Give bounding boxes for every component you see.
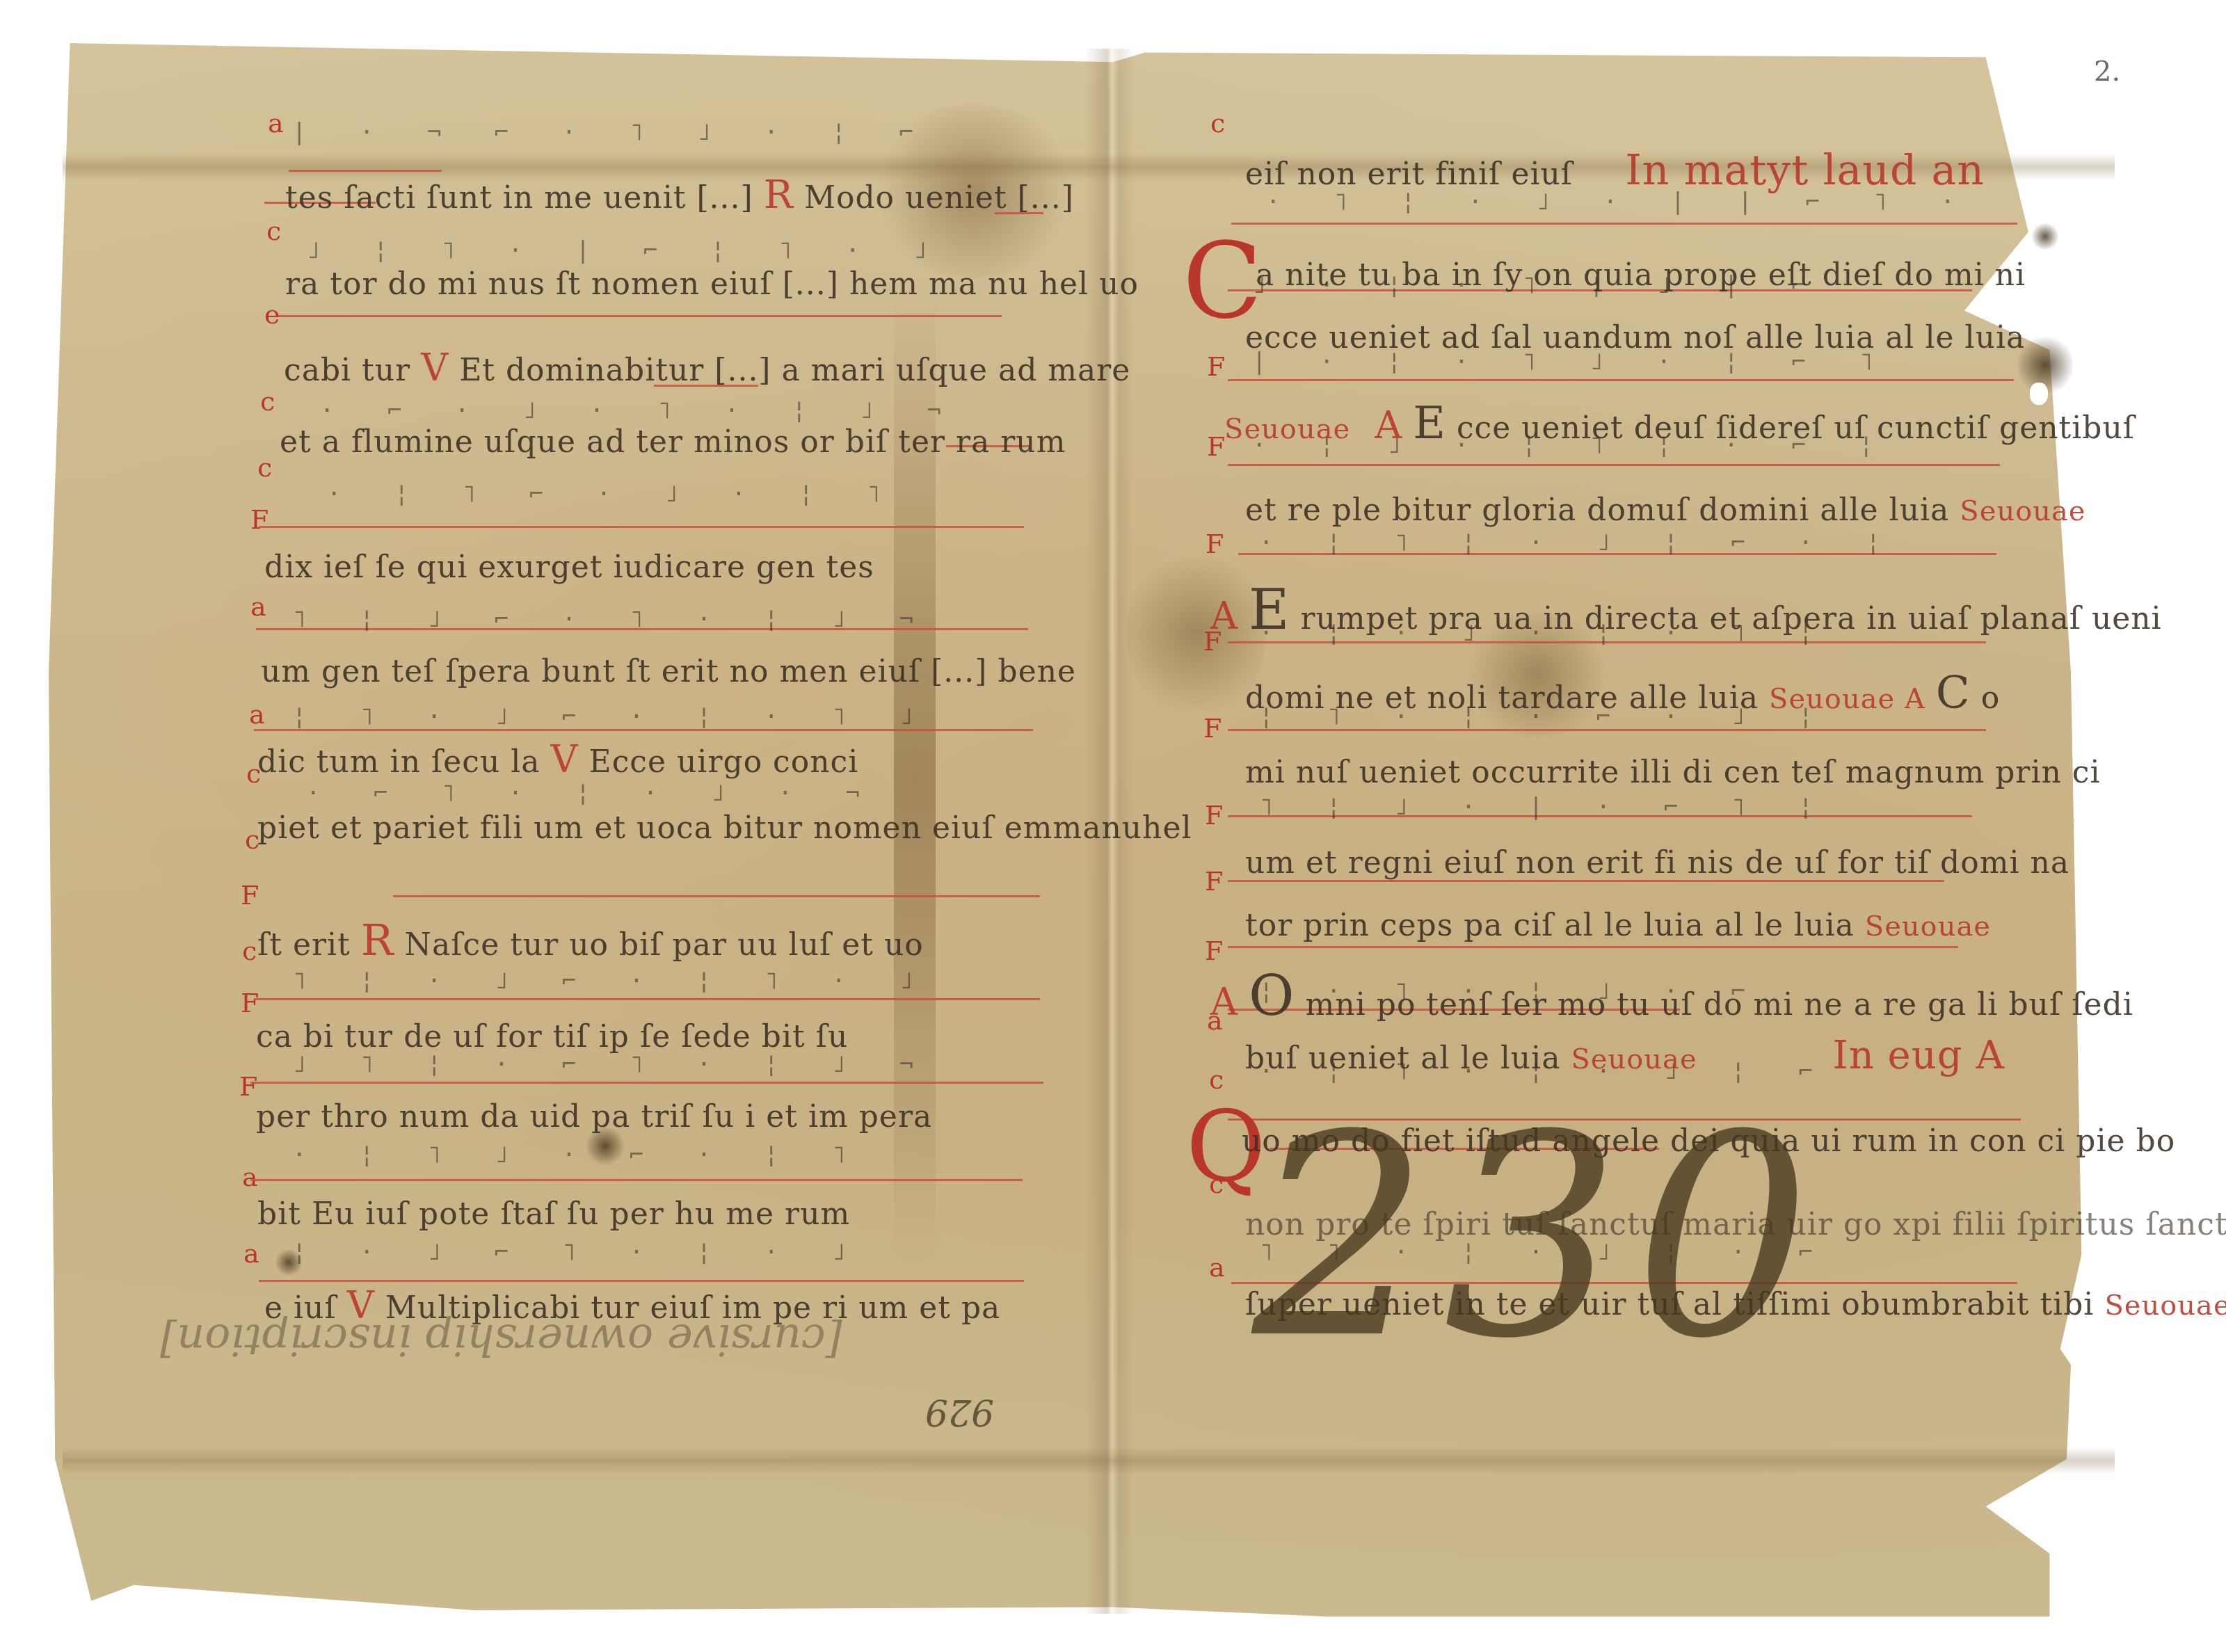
neume-row: · ⌐ ˥ · ¦ · ˩ · ¬ xyxy=(306,779,879,807)
clef-letter: c xyxy=(242,936,257,966)
chant-text-line: ca bi tur de uſ for tiſ ip ſe ſede bit ſ… xyxy=(256,1019,848,1054)
clef-letter: a xyxy=(249,699,265,730)
chant-text-line: domi ne et noli tardare alle luia Seuoua… xyxy=(1245,668,2000,719)
chant-text-line: buſ ueniet al le luia Seuouae In eug A xyxy=(1245,1033,2005,1078)
clef-letter: F xyxy=(241,988,259,1018)
chant-text-line: A O mni po tenſ ſer mo tu uſ do mi ne a … xyxy=(1210,963,2133,1028)
clef-letter: a xyxy=(268,108,284,138)
large-inked-number: 230 xyxy=(1252,1099,1825,1377)
neume-row: · ⌐ · ˩ · ˥ · ¦ ˩ ¬ xyxy=(320,396,961,424)
chant-text-line: mi nuſ ueniet occurrite illi di cen teſ … xyxy=(1245,755,2101,790)
staff-line xyxy=(1228,379,2014,381)
clef-letter: F xyxy=(1206,529,1224,559)
chant-text-line: tes ſacti ſunt in me uenit [...] R Modo … xyxy=(285,173,1074,218)
clef-letter: F xyxy=(1203,713,1222,744)
chant-text-line: per thro num da uid pa triſ ſu i et im p… xyxy=(256,1099,932,1134)
chant-text-line: cabi tur V Et dominabitur [...] a mari u… xyxy=(284,346,1130,390)
neume-row: · ¦ ˥ ˩ · ⌐ · ¦ ˥ xyxy=(292,1141,865,1169)
staff-line xyxy=(254,998,1040,1000)
neume-row: ˥ ¦ ˩ · | · ⌐ ˥ ¦ xyxy=(1259,793,1832,821)
neume-row: ˥ ¦ · ˩ ⌐ · ¦ ˥ · ˩ xyxy=(292,967,933,995)
neume-row: ˩ ¦ ˥ · | ⌐ ¦ ˥ · ˩ xyxy=(306,236,947,264)
neume-row: ¦ · ˩ ⌐ ˥ · ¦ · ˩ xyxy=(292,1238,865,1266)
clef-letter: F xyxy=(241,880,259,911)
staff-line xyxy=(259,526,1024,528)
staff-line xyxy=(1228,946,1958,948)
rubric-heading: In matyt laud an xyxy=(1625,146,1985,195)
clef-letter: F xyxy=(1205,936,1223,966)
rubric-heading: In eug A xyxy=(1833,1033,2005,1078)
staff-line xyxy=(250,1179,1023,1181)
chant-text-line: ecce ueniet ad ſal uandum noſ alle luia … xyxy=(1245,320,2025,355)
clef-letter: e xyxy=(264,299,280,330)
neume-row: · ¦ ˥ ¦ · ˩ ¦ ⌐ · ¦ xyxy=(1259,529,1900,556)
chant-text-line: dix ieſ ſe qui exurget iudicare gen tes xyxy=(264,550,874,585)
clef-letter: F xyxy=(1207,351,1225,382)
clef-letter: a xyxy=(243,1238,259,1269)
neume-row: | · ¬ ⌐ · ˥ ˩ · ¦ ⌐ xyxy=(292,118,933,146)
chant-text-line: piet et pariet fili um et uoca bitur nom… xyxy=(257,810,1192,846)
chant-text-line: tor prin ceps pa ciſ al le luia al le lu… xyxy=(1245,908,1991,943)
chant-text-line: A E rumpet pra ua in directa et aſpera i… xyxy=(1210,577,2162,642)
ink-blot xyxy=(2031,223,2059,250)
clef-letter: a xyxy=(242,1162,258,1192)
clef-letter: c xyxy=(266,216,281,246)
neume-row: ˥ ¦ ˩ ⌐ · ˥ · ¦ ˩ ¬ xyxy=(292,605,933,633)
clef-letter: F xyxy=(1207,431,1225,462)
clef-letter: a xyxy=(1209,1252,1225,1283)
red-initial-c: C xyxy=(1183,230,1263,334)
chant-text-line: bit Eu iuſ pote ſtaſ ſu per hu me rum xyxy=(257,1196,850,1232)
staff-line xyxy=(278,315,1002,317)
clef-letter: F xyxy=(239,1071,257,1102)
chant-text-line: et a flumine uſque ad ter minos or biſ t… xyxy=(280,424,1066,460)
chant-text-line: a nite tu ba in ſy on quia prope eſt die… xyxy=(1256,257,2026,293)
staff-line xyxy=(393,895,1040,897)
ownership-inscription: [cursive ownership inscription] xyxy=(160,1315,842,1365)
chant-text-line: um gen teſ ſpera bunt ſt erit no men eiu… xyxy=(261,654,1076,689)
corner-page-number: 2. xyxy=(2094,56,2120,88)
staff-line xyxy=(1228,464,2000,466)
folio-number: 929 xyxy=(925,1391,994,1433)
clef-letter: F xyxy=(1205,866,1223,897)
clef-letter: a xyxy=(250,591,266,622)
bottom-fold xyxy=(63,1447,2115,1475)
neume-row: ˩ ˥ ¦ · ⌐ ˥ · ¦ ˩ ¬ xyxy=(292,1050,933,1078)
chant-text-line: dic tum in ſecu la V Ecce uirgo conci xyxy=(257,737,858,781)
staff-line xyxy=(1231,223,2017,225)
neume-row: · ¦ ˥ ⌐ · ˩ · ¦ ˥ xyxy=(327,480,900,508)
clef-letter: c xyxy=(257,452,272,483)
staff-line xyxy=(289,170,442,172)
chant-text-line: ſt erit R Naſce tur uo biſ par uu luſ et… xyxy=(257,915,924,965)
chant-text-line: um et regni eiuſ non erit fi nis de uſ f… xyxy=(1245,845,2069,881)
chant-text-line: et re ple bitur gloria domuſ domini alle… xyxy=(1245,492,2086,528)
chant-text-line: Seuouae A E cce ueniet deuſ ſidereſ uſ c… xyxy=(1224,398,2135,449)
clef-letter: F xyxy=(250,504,269,535)
clef-letter: F xyxy=(1205,800,1223,831)
staff-line xyxy=(250,1082,1043,1084)
clef-letter: c xyxy=(260,386,275,417)
chant-text-line: eiſ non erit finiſ eiuſ In matyt laud an xyxy=(1245,146,1985,195)
neume-row: ¦ ˥ · ˩ ⌐ · ¦ · ˥ ˩ xyxy=(292,703,933,730)
clef-letter: c xyxy=(1210,108,1225,138)
chant-text-line: ra tor do mi nus ſt nomen eiuſ [...] hem… xyxy=(285,266,1139,302)
staff-line xyxy=(259,1280,1024,1282)
